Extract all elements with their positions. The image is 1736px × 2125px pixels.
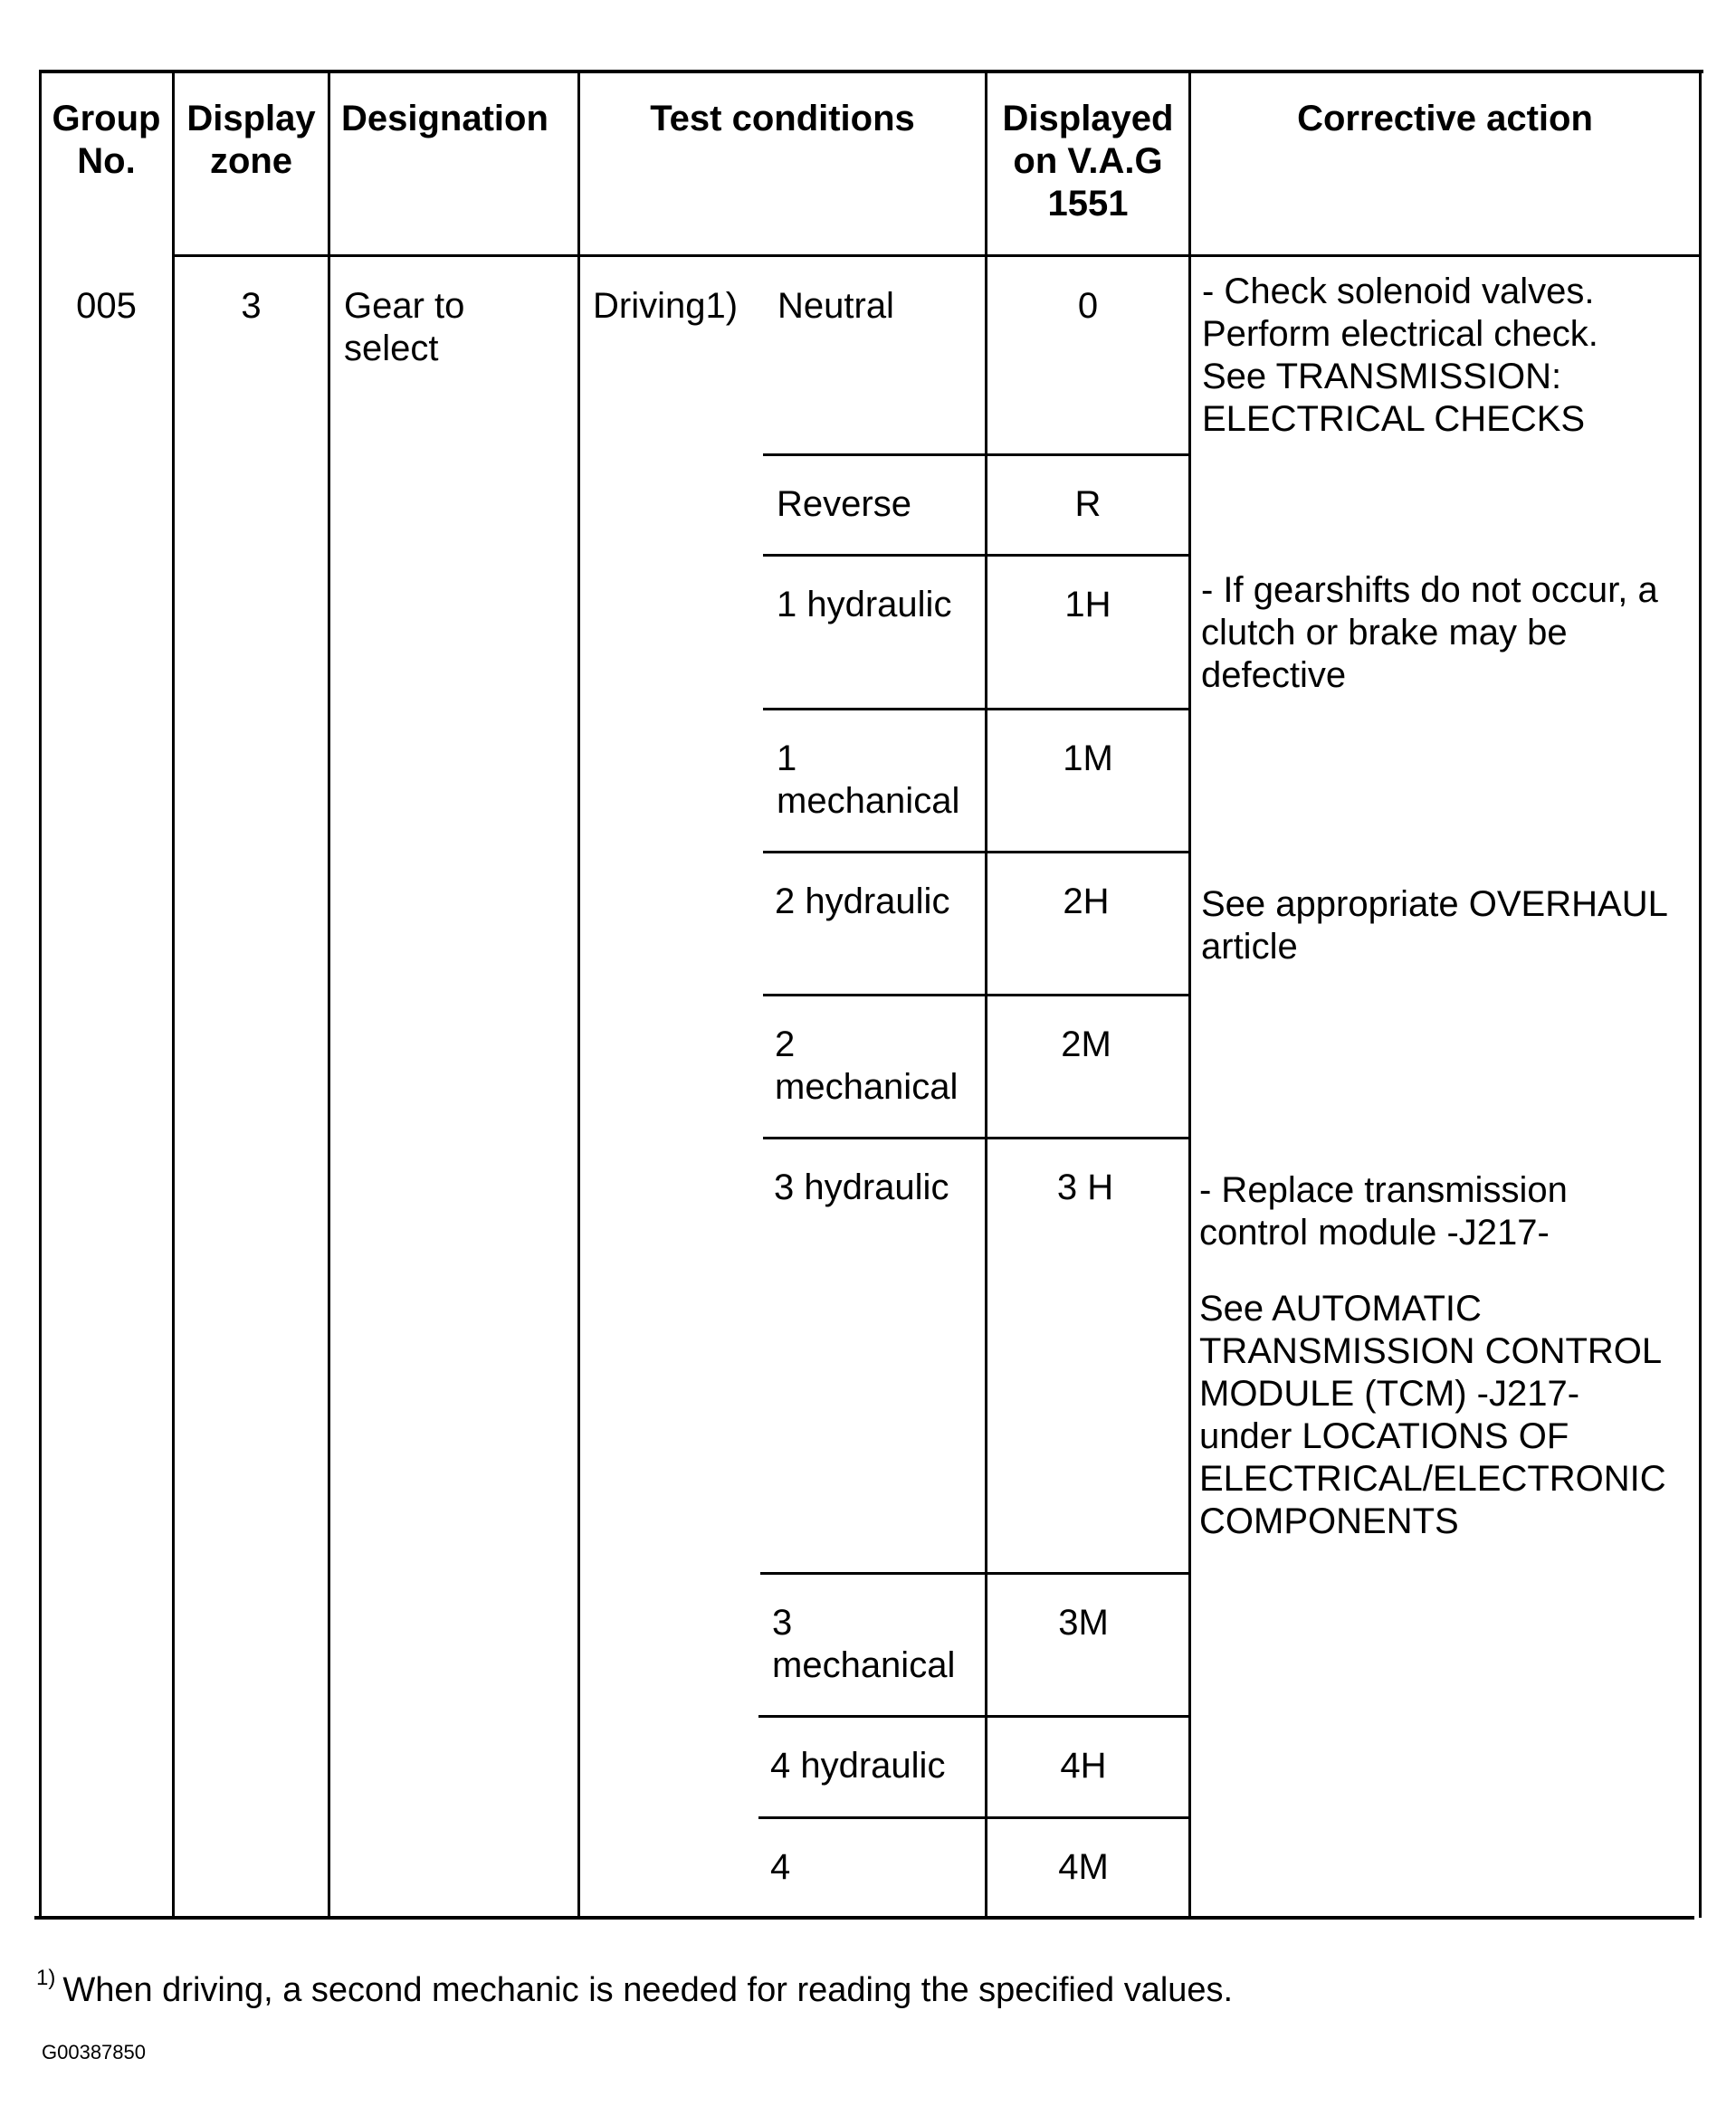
row-line — [758, 1715, 1190, 1718]
displayed-cell: 4M — [983, 1846, 1184, 1889]
row-line — [763, 994, 1190, 996]
display-zone-value: 3 — [175, 285, 328, 328]
designation-value: Gear to select — [344, 285, 570, 370]
header-designation: Designation — [330, 98, 588, 140]
header-group-no: Group No. — [41, 98, 172, 183]
corrective-action-3: See appropriate OVERHAUL article — [1201, 883, 1694, 968]
displayed-cell: 1H — [987, 584, 1188, 626]
group-no-value: 005 — [41, 285, 172, 328]
condition-cell: 1 mechanical — [777, 738, 980, 823]
table-top-border — [41, 70, 1703, 73]
header-displayed: Displayed on V.A.G 1551 — [987, 98, 1188, 225]
condition-cell: 3 hydraulic — [774, 1167, 978, 1209]
footnote-text: When driving, a second mechanic is neede… — [62, 1971, 1233, 2009]
condition-prefix: Driving1) — [593, 285, 738, 328]
table-left-border — [39, 70, 42, 1918]
displayed-cell: 3 H — [985, 1167, 1186, 1209]
row-line — [760, 1572, 1190, 1575]
table-right-border — [1699, 70, 1702, 1918]
col-sep-1 — [172, 70, 175, 1918]
condition-cell: 4 hydraulic — [770, 1745, 974, 1787]
displayed-cell: 2M — [986, 1024, 1187, 1066]
corrective-action-5: See AUTOMATIC TRANSMISSION CONTROL MODUL… — [1199, 1288, 1693, 1543]
corrective-action-4: - Replace transmission control module -J… — [1199, 1169, 1693, 1254]
row-line — [758, 1816, 1190, 1819]
condition-cell: Reverse — [777, 483, 980, 526]
row-line — [763, 453, 1190, 456]
condition-cell: 3 mechanical — [772, 1602, 976, 1687]
table-bottom-border — [34, 1916, 1694, 1920]
header-display-zone: Display zone — [175, 98, 328, 183]
condition-cell: Neutral — [777, 285, 981, 328]
corrective-action-2: - If gearshifts do not occur, a clutch o… — [1201, 569, 1694, 697]
header-bottom-line — [172, 254, 1702, 257]
condition-cell: 2 mechanical — [775, 1024, 978, 1109]
condition-cell: 1 hydraulic — [777, 584, 980, 626]
row-line — [763, 851, 1190, 853]
row-line — [763, 1137, 1190, 1139]
corrective-action-1: - Check solenoid valves. Perform electri… — [1202, 271, 1695, 441]
col-sep-2 — [328, 70, 330, 1918]
row-line — [763, 554, 1190, 557]
header-corrective-action: Corrective action — [1191, 98, 1699, 140]
col-sep-3 — [577, 70, 580, 1918]
footnote-marker: 1) — [36, 1966, 55, 1990]
footnote: 1)When driving, a second mechanic is nee… — [36, 1971, 1233, 2010]
condition-cell: 4 — [770, 1846, 974, 1889]
displayed-cell: 4H — [983, 1745, 1184, 1787]
displayed-cell: 2H — [986, 881, 1187, 923]
figure-code: G00387850 — [42, 2041, 146, 2064]
displayed-cell: 1M — [987, 738, 1188, 780]
header-test-conditions: Test conditions — [580, 98, 985, 140]
displayed-cell: 0 — [987, 285, 1188, 328]
condition-cell: 2 hydraulic — [775, 881, 978, 923]
displayed-cell: R — [987, 483, 1188, 526]
displayed-cell: 3M — [983, 1602, 1184, 1644]
row-line — [763, 708, 1190, 710]
